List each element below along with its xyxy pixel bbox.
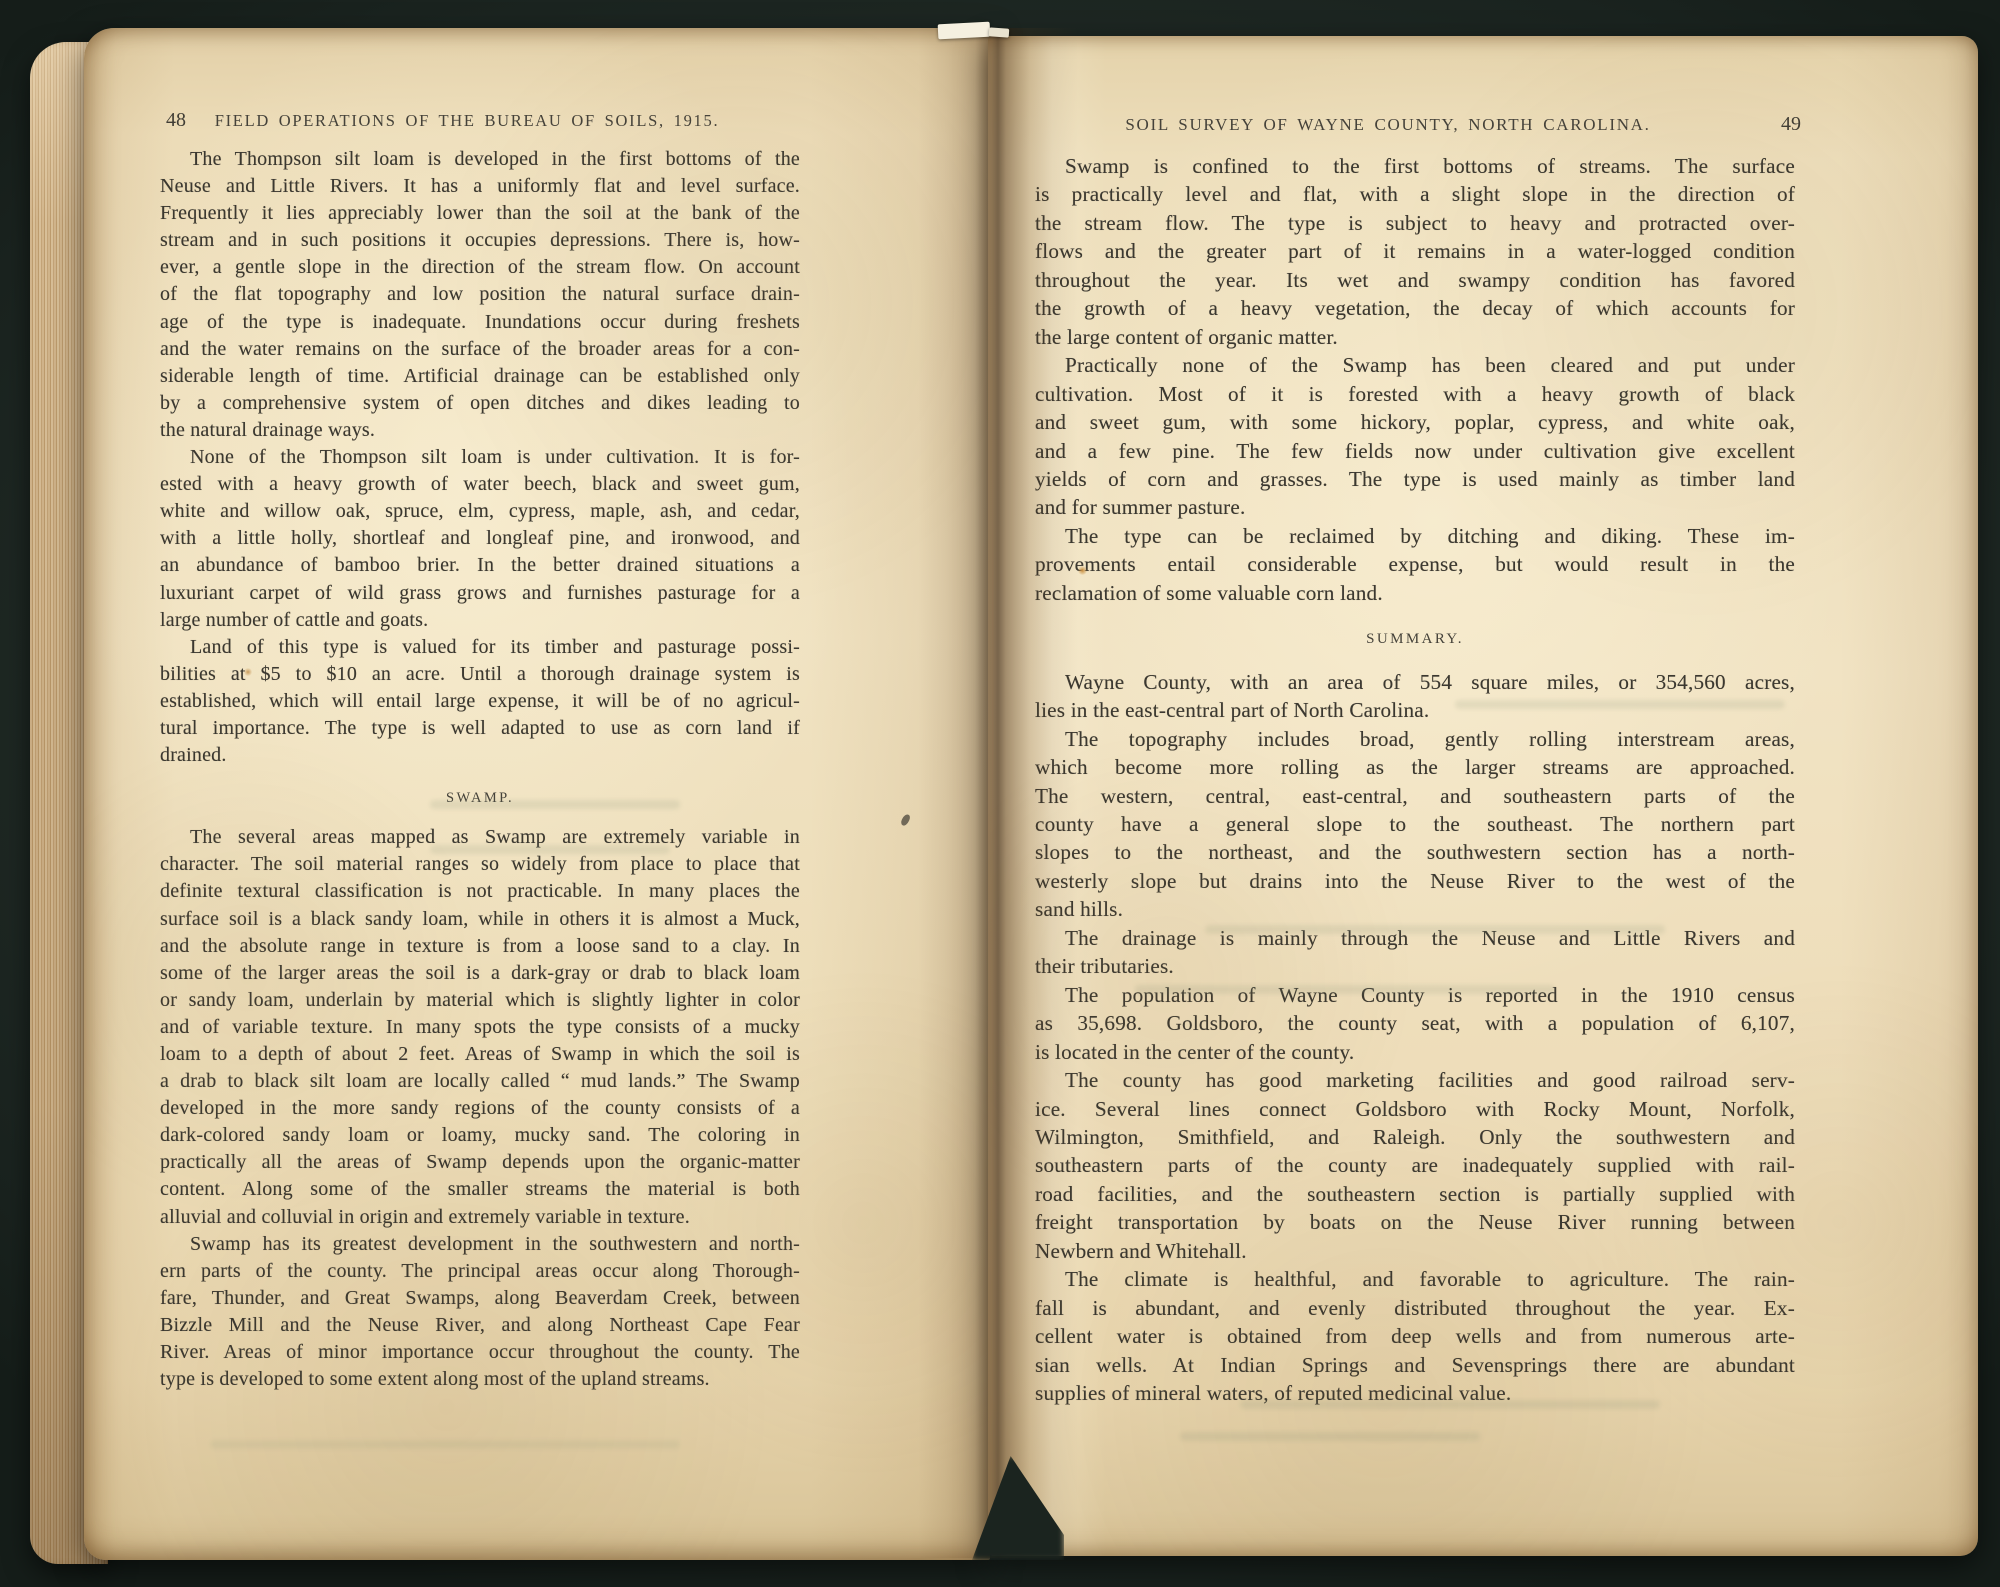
- text-line: The topography includes broad, gently ro…: [1035, 725, 1795, 753]
- text-line: the large content of organic matter.: [1035, 323, 1795, 351]
- text-line: provements entail considerable expense, …: [1035, 550, 1795, 578]
- text-line: Practically none of the Swamp has been c…: [1035, 351, 1795, 379]
- text-line: ern parts of the county. The principal a…: [160, 1258, 800, 1285]
- open-book: 48 FIELD OPERATIONS OF THE BUREAU OF SOI…: [0, 0, 2000, 1587]
- paper-scrap: [989, 27, 1010, 37]
- text-line: throughout the year. Its wet and swampy …: [1035, 266, 1795, 294]
- text-line: age of the type is inadequate. Inundatio…: [160, 309, 800, 336]
- text-line: the growth of a heavy vegetation, the de…: [1035, 294, 1795, 322]
- text-line: sand hills.: [1035, 895, 1795, 923]
- paragraph: The climate is healthful, and favorable …: [1035, 1265, 1795, 1407]
- text-line: The type can be reclaimed by ditching an…: [1035, 522, 1795, 550]
- text-line: as 35,698. Goldsboro, the county seat, w…: [1035, 1009, 1795, 1037]
- text-line: flows and the greater part of it remains…: [1035, 237, 1795, 265]
- text-line: established, which will entail large exp…: [160, 688, 800, 715]
- paragraph: The type can be reclaimed by ditching an…: [1035, 522, 1795, 607]
- text-line: The western, central, east-central, and …: [1035, 782, 1795, 810]
- text-line: sian wells. At Indian Springs and Sevens…: [1035, 1351, 1795, 1379]
- text-line: county have a general slope to the south…: [1035, 810, 1795, 838]
- text-line: The county has good marketing facilities…: [1035, 1066, 1795, 1094]
- text-line: white and willow oak, spruce, elm, cypre…: [160, 498, 800, 525]
- text-line: slopes to the northeast, and the southwe…: [1035, 838, 1795, 866]
- text-line: character. The soil material ranges so w…: [160, 851, 800, 878]
- text-line: developed in the more sandy regions of t…: [160, 1095, 800, 1122]
- text-line: and a few pine. The few fields now under…: [1035, 437, 1795, 465]
- text-line: siderable length of time. Artificial dra…: [160, 363, 800, 390]
- section-heading: SUMMARY.: [1035, 625, 1795, 653]
- foxing-spot: [244, 668, 252, 676]
- text-line: Bizzle Mill and the Neuse River, and alo…: [160, 1312, 800, 1339]
- ink-speck: [900, 813, 911, 827]
- paragraph: The several areas mapped as Swamp are ex…: [160, 824, 800, 1230]
- left-running-title: FIELD OPERATIONS OF THE BUREAU OF SOILS,…: [160, 108, 800, 134]
- text-line: Frequently it lies appreciably lower tha…: [160, 200, 800, 227]
- text-line: cellent water is obtained from deep well…: [1035, 1322, 1795, 1350]
- text-line: drained.: [160, 742, 800, 769]
- text-line: stream and in such positions it occupies…: [160, 227, 800, 254]
- text-line: by a comprehensive system of open ditche…: [160, 390, 800, 417]
- bleedthrough-ghost-text: [430, 800, 680, 809]
- text-line: and for summer pasture.: [1035, 493, 1795, 521]
- paragraph: The county has good marketing facilities…: [1035, 1066, 1795, 1265]
- text-line: None of the Thompson silt loam is under …: [160, 444, 800, 471]
- right-text-column: SOIL SURVEY OF WAYNE COUNTY, NORTH CAROL…: [1035, 112, 1795, 1407]
- text-line: type is developed to some extent along m…: [160, 1366, 800, 1393]
- left-text-column: 48 FIELD OPERATIONS OF THE BUREAU OF SOI…: [160, 108, 800, 1393]
- text-line: westerly slope but drains into the Neuse…: [1035, 867, 1795, 895]
- text-line: the natural drainage ways.: [160, 417, 800, 444]
- bleedthrough-ghost-text: [1135, 985, 1555, 994]
- text-line: yields of corn and grasses. The type is …: [1035, 465, 1795, 493]
- paragraph: Swamp has its greatest development in th…: [160, 1231, 800, 1394]
- paper-scrap: [938, 22, 991, 40]
- text-line: alluvial and colluvial in origin and ext…: [160, 1204, 800, 1231]
- text-line: Swamp has its greatest development in th…: [160, 1231, 800, 1258]
- text-line: which become more rolling as the larger …: [1035, 753, 1795, 781]
- text-line: ever, a gentle slope in the direction of…: [160, 254, 800, 281]
- text-line: definite textural classification is not …: [160, 878, 800, 905]
- text-line: luxuriant carpet of wild grass grows and…: [160, 580, 800, 607]
- text-line: and the water remains on the surface of …: [160, 336, 800, 363]
- text-line: reclamation of some valuable corn land.: [1035, 579, 1795, 607]
- text-line: fare, Thunder, and Great Swamps, along B…: [160, 1285, 800, 1312]
- text-line: their tributaries.: [1035, 952, 1795, 980]
- bleedthrough-ghost-text: [1455, 700, 1785, 709]
- text-line: Land of this type is valued for its timb…: [160, 634, 800, 661]
- text-line: ice. Several lines connect Goldsboro wit…: [1035, 1095, 1795, 1123]
- text-line: practically all the areas of Swamp depen…: [160, 1149, 800, 1176]
- text-line: dark-colored sandy loam or loamy, mucky …: [160, 1122, 800, 1149]
- text-line: Newbern and Whitehall.: [1035, 1237, 1795, 1265]
- paragraph: Practically none of the Swamp has been c…: [1035, 351, 1795, 522]
- text-line: with a little holly, shortleaf and longl…: [160, 525, 800, 552]
- right-page-body: Swamp is confined to the first bottoms o…: [1035, 152, 1795, 1407]
- foxing-spot: [1078, 566, 1087, 575]
- right-page: SOIL SURVEY OF WAYNE COUNTY, NORTH CAROL…: [988, 36, 1978, 1556]
- text-line: freight transportation by boats on the N…: [1035, 1208, 1795, 1236]
- left-page: 48 FIELD OPERATIONS OF THE BUREAU OF SOI…: [84, 28, 990, 1560]
- left-page-body: The Thompson silt loam is developed in t…: [160, 146, 800, 1393]
- text-line: a drab to black silt loam are locally ca…: [160, 1068, 800, 1095]
- text-line: road facilities, and the southeastern se…: [1035, 1180, 1795, 1208]
- text-line: is practically level and flat, with a sl…: [1035, 180, 1795, 208]
- text-line: River. Areas of minor importance occur t…: [160, 1339, 800, 1366]
- text-line: loam to a depth of about 2 feet. Areas o…: [160, 1041, 800, 1068]
- text-line: Neuse and Little Rivers. It has a unifor…: [160, 173, 800, 200]
- text-line: large number of cattle and goats.: [160, 607, 800, 634]
- text-line: an abundance of bamboo brier. In the bet…: [160, 552, 800, 579]
- bleedthrough-ghost-text: [1205, 925, 1665, 934]
- text-line: fall is abundant, and evenly distributed…: [1035, 1294, 1795, 1322]
- text-line: southeastern parts of the county are ina…: [1035, 1151, 1795, 1179]
- text-line: of the flat topography and low position …: [160, 281, 800, 308]
- text-line: and of variable texture. In many spots t…: [160, 1014, 800, 1041]
- text-line: Wilmington, Smithfield, and Raleigh. Onl…: [1035, 1123, 1795, 1151]
- right-running-head: SOIL SURVEY OF WAYNE COUNTY, NORTH CAROL…: [1035, 112, 1795, 138]
- photo-background: 48 FIELD OPERATIONS OF THE BUREAU OF SOI…: [0, 0, 2000, 1587]
- bleedthrough-ghost-text: [1240, 1400, 1660, 1409]
- left-running-head: 48 FIELD OPERATIONS OF THE BUREAU OF SOI…: [160, 108, 800, 134]
- text-line: bilities at $5 to $10 an acre. Until a t…: [160, 661, 800, 688]
- bleedthrough-ghost-text: [430, 845, 670, 854]
- text-line: ested with a heavy growth of water beech…: [160, 471, 800, 498]
- paragraph: Land of this type is valued for its timb…: [160, 634, 800, 769]
- text-line: Swamp is confined to the first bottoms o…: [1035, 152, 1795, 180]
- left-page-number: 48: [166, 107, 186, 133]
- paragraph: The Thompson silt loam is developed in t…: [160, 146, 800, 444]
- text-line: tural importance. The type is well adapt…: [160, 715, 800, 742]
- text-line: and sweet gum, with some hickory, poplar…: [1035, 408, 1795, 436]
- text-line: content. Along some of the smaller strea…: [160, 1176, 800, 1203]
- paragraph: None of the Thompson silt loam is under …: [160, 444, 800, 634]
- text-line: The climate is healthful, and favorable …: [1035, 1265, 1795, 1293]
- text-line: cultivation. Most of it is forested with…: [1035, 380, 1795, 408]
- right-running-title: SOIL SURVEY OF WAYNE COUNTY, NORTH CAROL…: [1035, 112, 1795, 138]
- text-line: Wayne County, with an area of 554 square…: [1035, 668, 1795, 696]
- paragraph: The topography includes broad, gently ro…: [1035, 725, 1795, 924]
- text-line: is located in the center of the county.: [1035, 1038, 1795, 1066]
- text-line: surface soil is a black sandy loam, whil…: [160, 906, 800, 933]
- bleedthrough-ghost-text: [1180, 1432, 1480, 1441]
- text-line: The Thompson silt loam is developed in t…: [160, 146, 800, 173]
- text-line: and the absolute range in texture is fro…: [160, 933, 800, 960]
- text-line: the stream flow. The type is subject to …: [1035, 209, 1795, 237]
- bleedthrough-ghost-text: [210, 1440, 680, 1449]
- text-line: some of the larger areas the soil is a d…: [160, 960, 800, 987]
- paragraph: Wayne County, with an area of 554 square…: [1035, 668, 1795, 725]
- right-page-number: 49: [1781, 111, 1801, 137]
- text-line: or sandy loam, underlain by material whi…: [160, 987, 800, 1014]
- paragraph: Swamp is confined to the first bottoms o…: [1035, 152, 1795, 351]
